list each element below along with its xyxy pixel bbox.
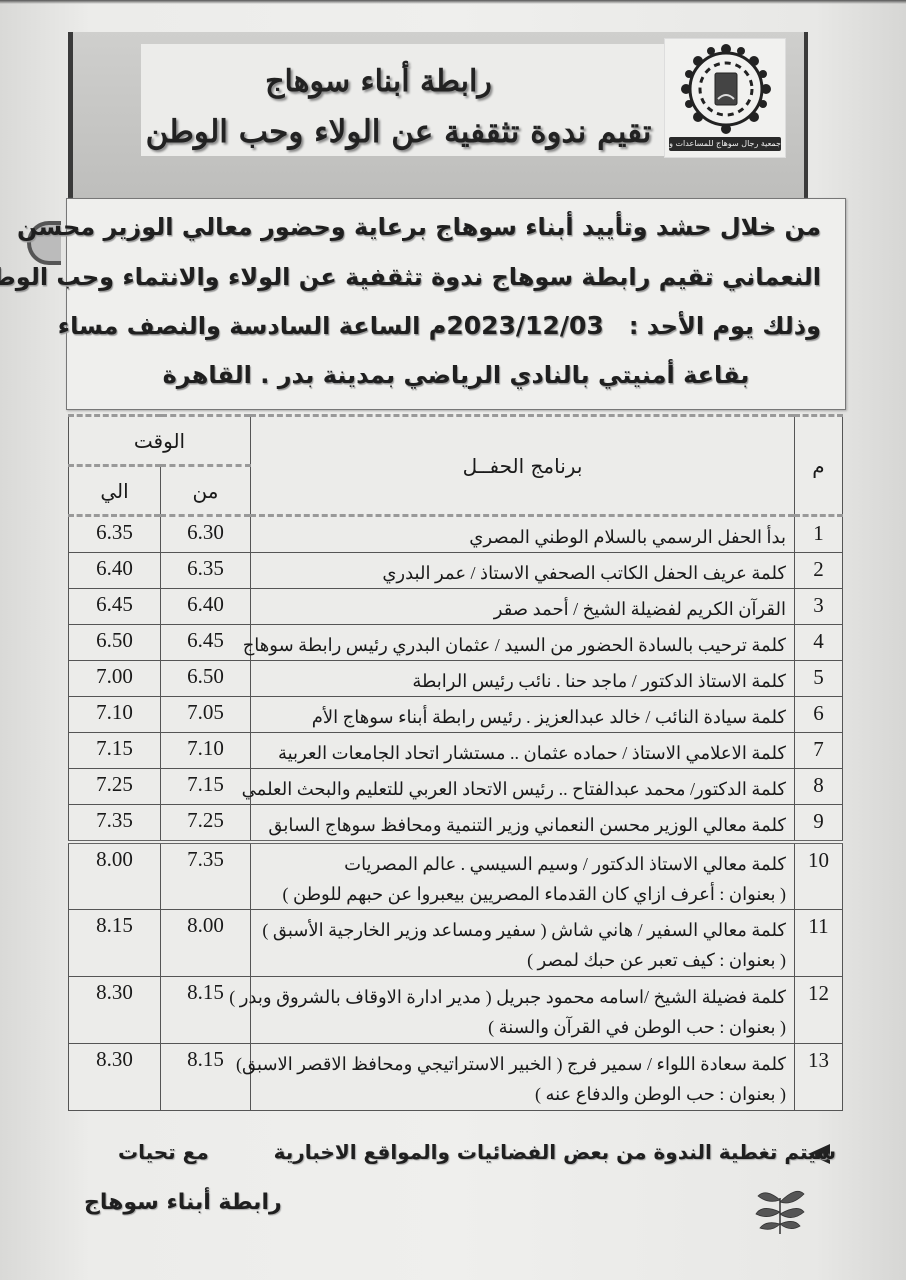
circular-emblem-icon — [665, 39, 787, 143]
header-from: من — [161, 466, 251, 516]
row-program: كلمة ترحيب بالسادة الحضور من السيد / عثم… — [251, 625, 795, 661]
row-program: كلمة عريف الحفل الكاتب الصحفي الاستاذ / … — [251, 553, 795, 589]
row-to: 7.35 — [69, 805, 161, 843]
table-row: 12 كلمة فضيلة الشيخ /اسامه محمود جبريل (… — [69, 977, 843, 1044]
table-row: 1 بدأ الحفل الرسمي بالسلام الوطني المصري… — [69, 516, 843, 553]
program-rows: 1 بدأ الحفل الرسمي بالسلام الوطني المصري… — [69, 516, 843, 1111]
row-program: كلمة فضيلة الشيخ /اسامه محمود جبريل ( مد… — [251, 977, 795, 1044]
row-topic: ( بعنوان : أعرف ازاي كان القدماء المصريي… — [259, 879, 786, 909]
header-to: الي — [69, 466, 161, 516]
table-row: 11 كلمة معالي السفير / هاني شاش ( سفير و… — [69, 910, 843, 977]
row-number: 12 — [795, 977, 843, 1044]
row-to: 7.00 — [69, 661, 161, 697]
intro-line-2: النعماني تقيم رابطة سوهاج ندوة تثقفية عن… — [91, 263, 821, 291]
row-topic: ( بعنوان : حب الوطن في القرآن والسنة ) — [259, 1012, 786, 1042]
header-program: برنامج الحفــل — [251, 416, 795, 516]
row-to: 8.00 — [69, 842, 161, 910]
row-topic: ( بعنوان : كيف تعبر عن حبك لمصر ) — [259, 945, 786, 975]
table-row: 13 كلمة سعادة اللواء / سمير فرج ( الخبير… — [69, 1044, 843, 1111]
row-program: كلمة معالي الوزير محسن النعماني وزير الت… — [251, 805, 795, 843]
table-row: 7 كلمة الاعلامي الاستاذ / حماده عثمان ..… — [69, 733, 843, 769]
header-title-panel: رابطة أبناء سوهاج تقيم ندوة تثقفية عن ال… — [141, 44, 696, 156]
row-program: كلمة الاستاذ الدكتور / ماجد حنا . نائب ر… — [251, 661, 795, 697]
intro-box: من خلال حشد وتأييد أبناء سوهاج برعاية وح… — [66, 198, 846, 410]
row-number: 6 — [795, 697, 843, 733]
row-from: 7.35 — [161, 842, 251, 910]
row-from: 7.10 — [161, 733, 251, 769]
row-from: 7.25 — [161, 805, 251, 843]
row-to: 6.40 — [69, 553, 161, 589]
row-number: 11 — [795, 910, 843, 977]
row-program: كلمة سيادة النائب / خالد عبدالعزيز . رئي… — [251, 697, 795, 733]
row-program: كلمة سعادة اللواء / سمير فرج ( الخبير ال… — [251, 1044, 795, 1111]
row-number: 8 — [795, 769, 843, 805]
row-program: كلمة معالي السفير / هاني شاش ( سفير ومسا… — [251, 910, 795, 977]
intro-venue: بقاعة أمنيتي بالنادي الرياضي بمدينة بدر … — [91, 361, 821, 389]
row-program: بدأ الحفل الرسمي بالسلام الوطني المصري — [251, 516, 795, 553]
organization-title: رابطة أبناء سوهاج — [101, 64, 656, 99]
row-number: 7 — [795, 733, 843, 769]
row-number: 1 — [795, 516, 843, 553]
row-to: 7.10 — [69, 697, 161, 733]
row-number: 4 — [795, 625, 843, 661]
row-number: 3 — [795, 589, 843, 625]
row-to: 6.50 — [69, 625, 161, 661]
row-program: كلمة معالي الاستاذ الدكتور / وسيم السيسي… — [251, 842, 795, 910]
organization-logo: جمعية رجال سوهاج للمساعدات والتنمية — [664, 38, 786, 158]
row-from: 6.35 — [161, 553, 251, 589]
table-row: 10 كلمة معالي الاستاذ الدكتور / وسيم الس… — [69, 842, 843, 910]
event-title: تقيم ندوة تثقفية عن الولاء وحب الوطن — [121, 114, 676, 150]
table-row: 4 كلمة ترحيب بالسادة الحضور من السيد / ع… — [69, 625, 843, 661]
event-date: 2023/12/03 — [446, 311, 603, 340]
row-speaker: كلمة معالي السفير / هاني شاش ( سفير ومسا… — [259, 915, 786, 945]
row-to: 6.35 — [69, 516, 161, 553]
row-number: 2 — [795, 553, 843, 589]
row-from: 6.45 — [161, 625, 251, 661]
row-to: 8.30 — [69, 1044, 161, 1111]
row-number: 9 — [795, 805, 843, 843]
photo-top-edge — [0, 0, 906, 4]
program-table: م برنامج الحفــل الوقت من الي 1 بدأ الحف… — [68, 414, 843, 1111]
table-row: 6 كلمة سيادة النائب / خالد عبدالعزيز . ر… — [69, 697, 843, 733]
intro-time-label: م الساعة السادسة والنصف مساء — [58, 312, 447, 340]
row-from: 6.40 — [161, 589, 251, 625]
row-program: القرآن الكريم لفضيلة الشيخ / أحمد صقر — [251, 589, 795, 625]
row-from: 7.05 — [161, 697, 251, 733]
row-speaker: كلمة فضيلة الشيخ /اسامه محمود جبريل ( مد… — [259, 982, 786, 1012]
row-to: 8.30 — [69, 977, 161, 1044]
row-number: 13 — [795, 1044, 843, 1111]
row-to: 8.15 — [69, 910, 161, 977]
row-program: كلمة الدكتور/ محمد عبدالفتاح .. رئيس الا… — [251, 769, 795, 805]
coverage-note: سيتم تغطية الندوة من بعض الفضائيات والمو… — [274, 1140, 836, 1164]
row-speaker: كلمة سعادة اللواء / سمير فرج ( الخبير ال… — [259, 1049, 786, 1079]
intro-line-3: وذلك يوم الأحد : 2023/12/03م الساعة السا… — [91, 311, 821, 340]
intro-day-label: وذلك يوم الأحد : — [629, 312, 821, 340]
row-number: 5 — [795, 661, 843, 697]
row-to: 6.45 — [69, 589, 161, 625]
header-time: الوقت — [69, 416, 251, 466]
table-row: 5 كلمة الاستاذ الدكتور / ماجد حنا . نائب… — [69, 661, 843, 697]
row-number: 10 — [795, 842, 843, 910]
row-from: 7.15 — [161, 769, 251, 805]
row-speaker: كلمة معالي الاستاذ الدكتور / وسيم السيسي… — [259, 849, 786, 879]
row-to: 7.25 — [69, 769, 161, 805]
header-banner: رابطة أبناء سوهاج تقيم ندوة تثقفية عن ال… — [68, 32, 808, 208]
table-row: 2 كلمة عريف الحفل الكاتب الصحفي الاستاذ … — [69, 553, 843, 589]
signature: رابطة أبناء سوهاج — [84, 1190, 282, 1215]
header-num: م — [795, 416, 843, 516]
row-program: كلمة الاعلامي الاستاذ / حماده عثمان .. م… — [251, 733, 795, 769]
row-from: 8.00 — [161, 910, 251, 977]
intro-line-1: من خلال حشد وتأييد أبناء سوهاج برعاية وح… — [91, 213, 821, 241]
regards-label: مع تحيات — [118, 1140, 209, 1164]
table-row: 3 القرآن الكريم لفضيلة الشيخ / أحمد صقر … — [69, 589, 843, 625]
table-row: 9 كلمة معالي الوزير محسن النعماني وزير ا… — [69, 805, 843, 843]
logo-caption: جمعية رجال سوهاج للمساعدات والتنمية — [669, 137, 781, 151]
row-from: 6.30 — [161, 516, 251, 553]
leaf-ornament-icon — [752, 1180, 808, 1236]
row-from: 6.50 — [161, 661, 251, 697]
row-topic: ( بعنوان : حب الوطن والدفاع عنه ) — [259, 1079, 786, 1109]
row-to: 7.15 — [69, 733, 161, 769]
table-row: 8 كلمة الدكتور/ محمد عبدالفتاح .. رئيس ا… — [69, 769, 843, 805]
